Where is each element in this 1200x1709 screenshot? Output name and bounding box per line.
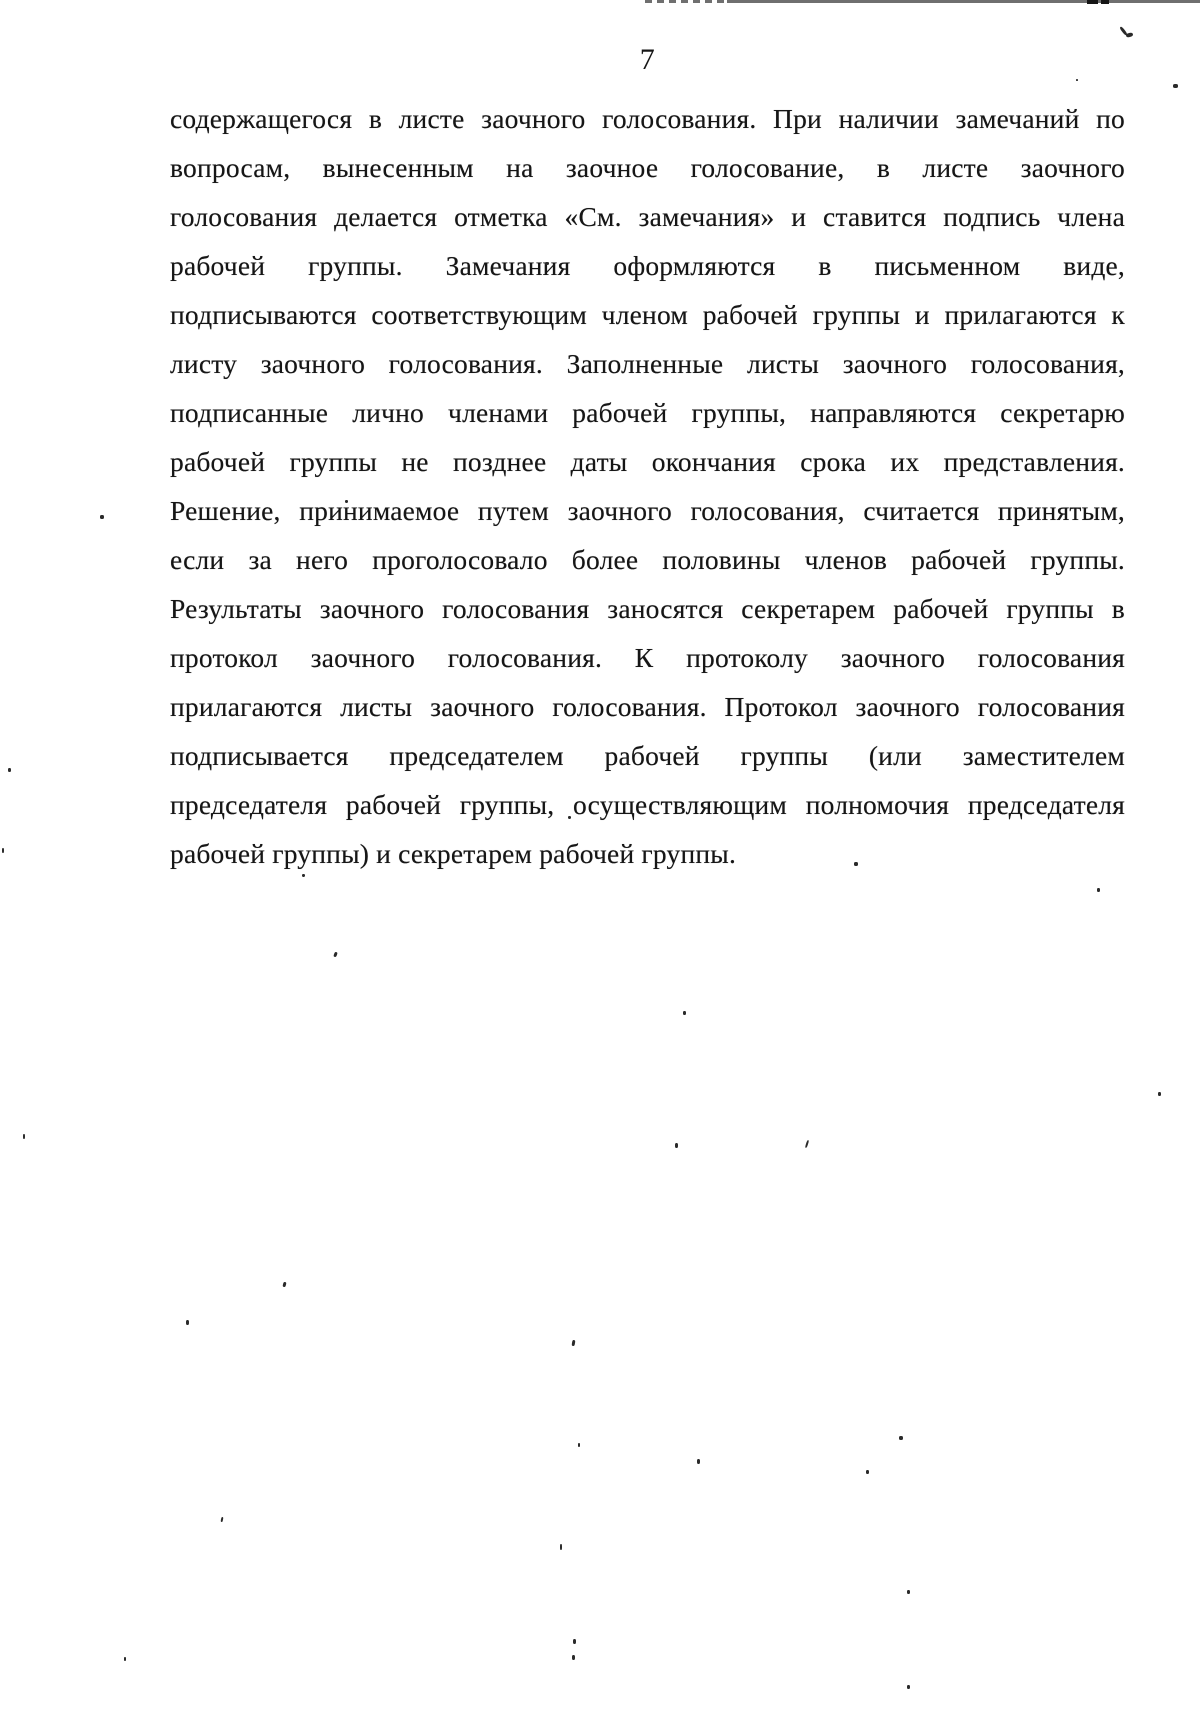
scan-noise-speck (683, 1011, 686, 1015)
text-line: протокол заочного голосования. К протоко… (170, 633, 1125, 682)
scan-edge-artifact-dashed-line (645, 0, 727, 3)
scan-edge-artifact-dash (1087, 0, 1098, 4)
scanned-document-page: 7 содержащегося в листе заочного голосов… (0, 0, 1200, 1709)
text-line: рабочей группы) и секретарем рабочей гру… (170, 829, 1125, 878)
scan-noise-speck (302, 874, 305, 877)
text-line: Решение, принимаемое путем заочного голо… (170, 486, 1125, 535)
text-line: рабочей группы. Замечания оформляются в … (170, 241, 1125, 290)
text-line: прилагаются листы заочного голосования. … (170, 682, 1125, 731)
scan-noise-speck (675, 1143, 678, 1148)
scan-noise-speck (578, 1443, 580, 1447)
text-line: Результаты заочного голосования заносятс… (170, 584, 1125, 633)
scan-noise-speck (1076, 79, 1078, 81)
text-line: подписывается председателем рабочей груп… (170, 731, 1125, 780)
scan-noise-speck (186, 1320, 189, 1325)
scan-noise-speck (333, 952, 338, 958)
scan-noise-speck (282, 1282, 286, 1288)
text-line: листу заочного голосования. Заполненные … (170, 339, 1125, 388)
scan-noise-speck (249, 310, 252, 313)
scan-noise-speck (8, 768, 11, 772)
text-line: вопросам, вынесенным на заочное голосова… (170, 143, 1125, 192)
scan-noise-speck (2, 848, 4, 853)
scan-noise-speck (100, 515, 104, 519)
scan-noise-speck (697, 1459, 700, 1464)
scan-noise-speck (1173, 84, 1178, 88)
scan-noise-speck (854, 862, 858, 866)
scan-noise-speck (221, 1517, 224, 1522)
body-paragraph: содержащегося в листе заочного голосован… (170, 94, 1125, 878)
text-line: рабочей группы не позднее даты окончания… (170, 437, 1125, 486)
scan-noise-speck (124, 1657, 126, 1661)
scan-edge-artifact-dash (1101, 0, 1109, 4)
scan-noise-speck (907, 1685, 910, 1689)
scan-noise-speck (1126, 32, 1134, 38)
page-number: 7 (170, 42, 1125, 78)
text-line: подписанные лично членами рабочей группы… (170, 388, 1125, 437)
scan-noise-speck (866, 1470, 869, 1474)
scan-noise-speck (572, 1340, 576, 1346)
scan-noise-speck (1097, 888, 1100, 892)
scan-noise-speck (573, 1639, 576, 1644)
text-line: председателя рабочей группы, осуществляю… (170, 780, 1125, 829)
scan-noise-speck (545, 262, 549, 265)
scan-noise-speck (1158, 1092, 1161, 1096)
text-line: содержащегося в листе заочного голосован… (170, 94, 1125, 143)
text-line: подписываются соответствующим членом раб… (170, 290, 1125, 339)
scan-noise-speck (23, 1134, 25, 1139)
text-line: если за него проголосовало более половин… (170, 535, 1125, 584)
scan-noise-speck (568, 816, 571, 819)
scan-noise-speck (899, 1436, 903, 1440)
scan-noise-speck (345, 500, 348, 503)
scan-noise-speck (907, 1590, 910, 1594)
scan-noise-speck (560, 1544, 562, 1550)
scan-noise-speck (572, 1655, 575, 1660)
scan-edge-artifact-solid-line (727, 0, 1200, 3)
text-line: голосования делается отметка «См. замеча… (170, 192, 1125, 241)
scan-noise-speck (805, 1140, 809, 1148)
